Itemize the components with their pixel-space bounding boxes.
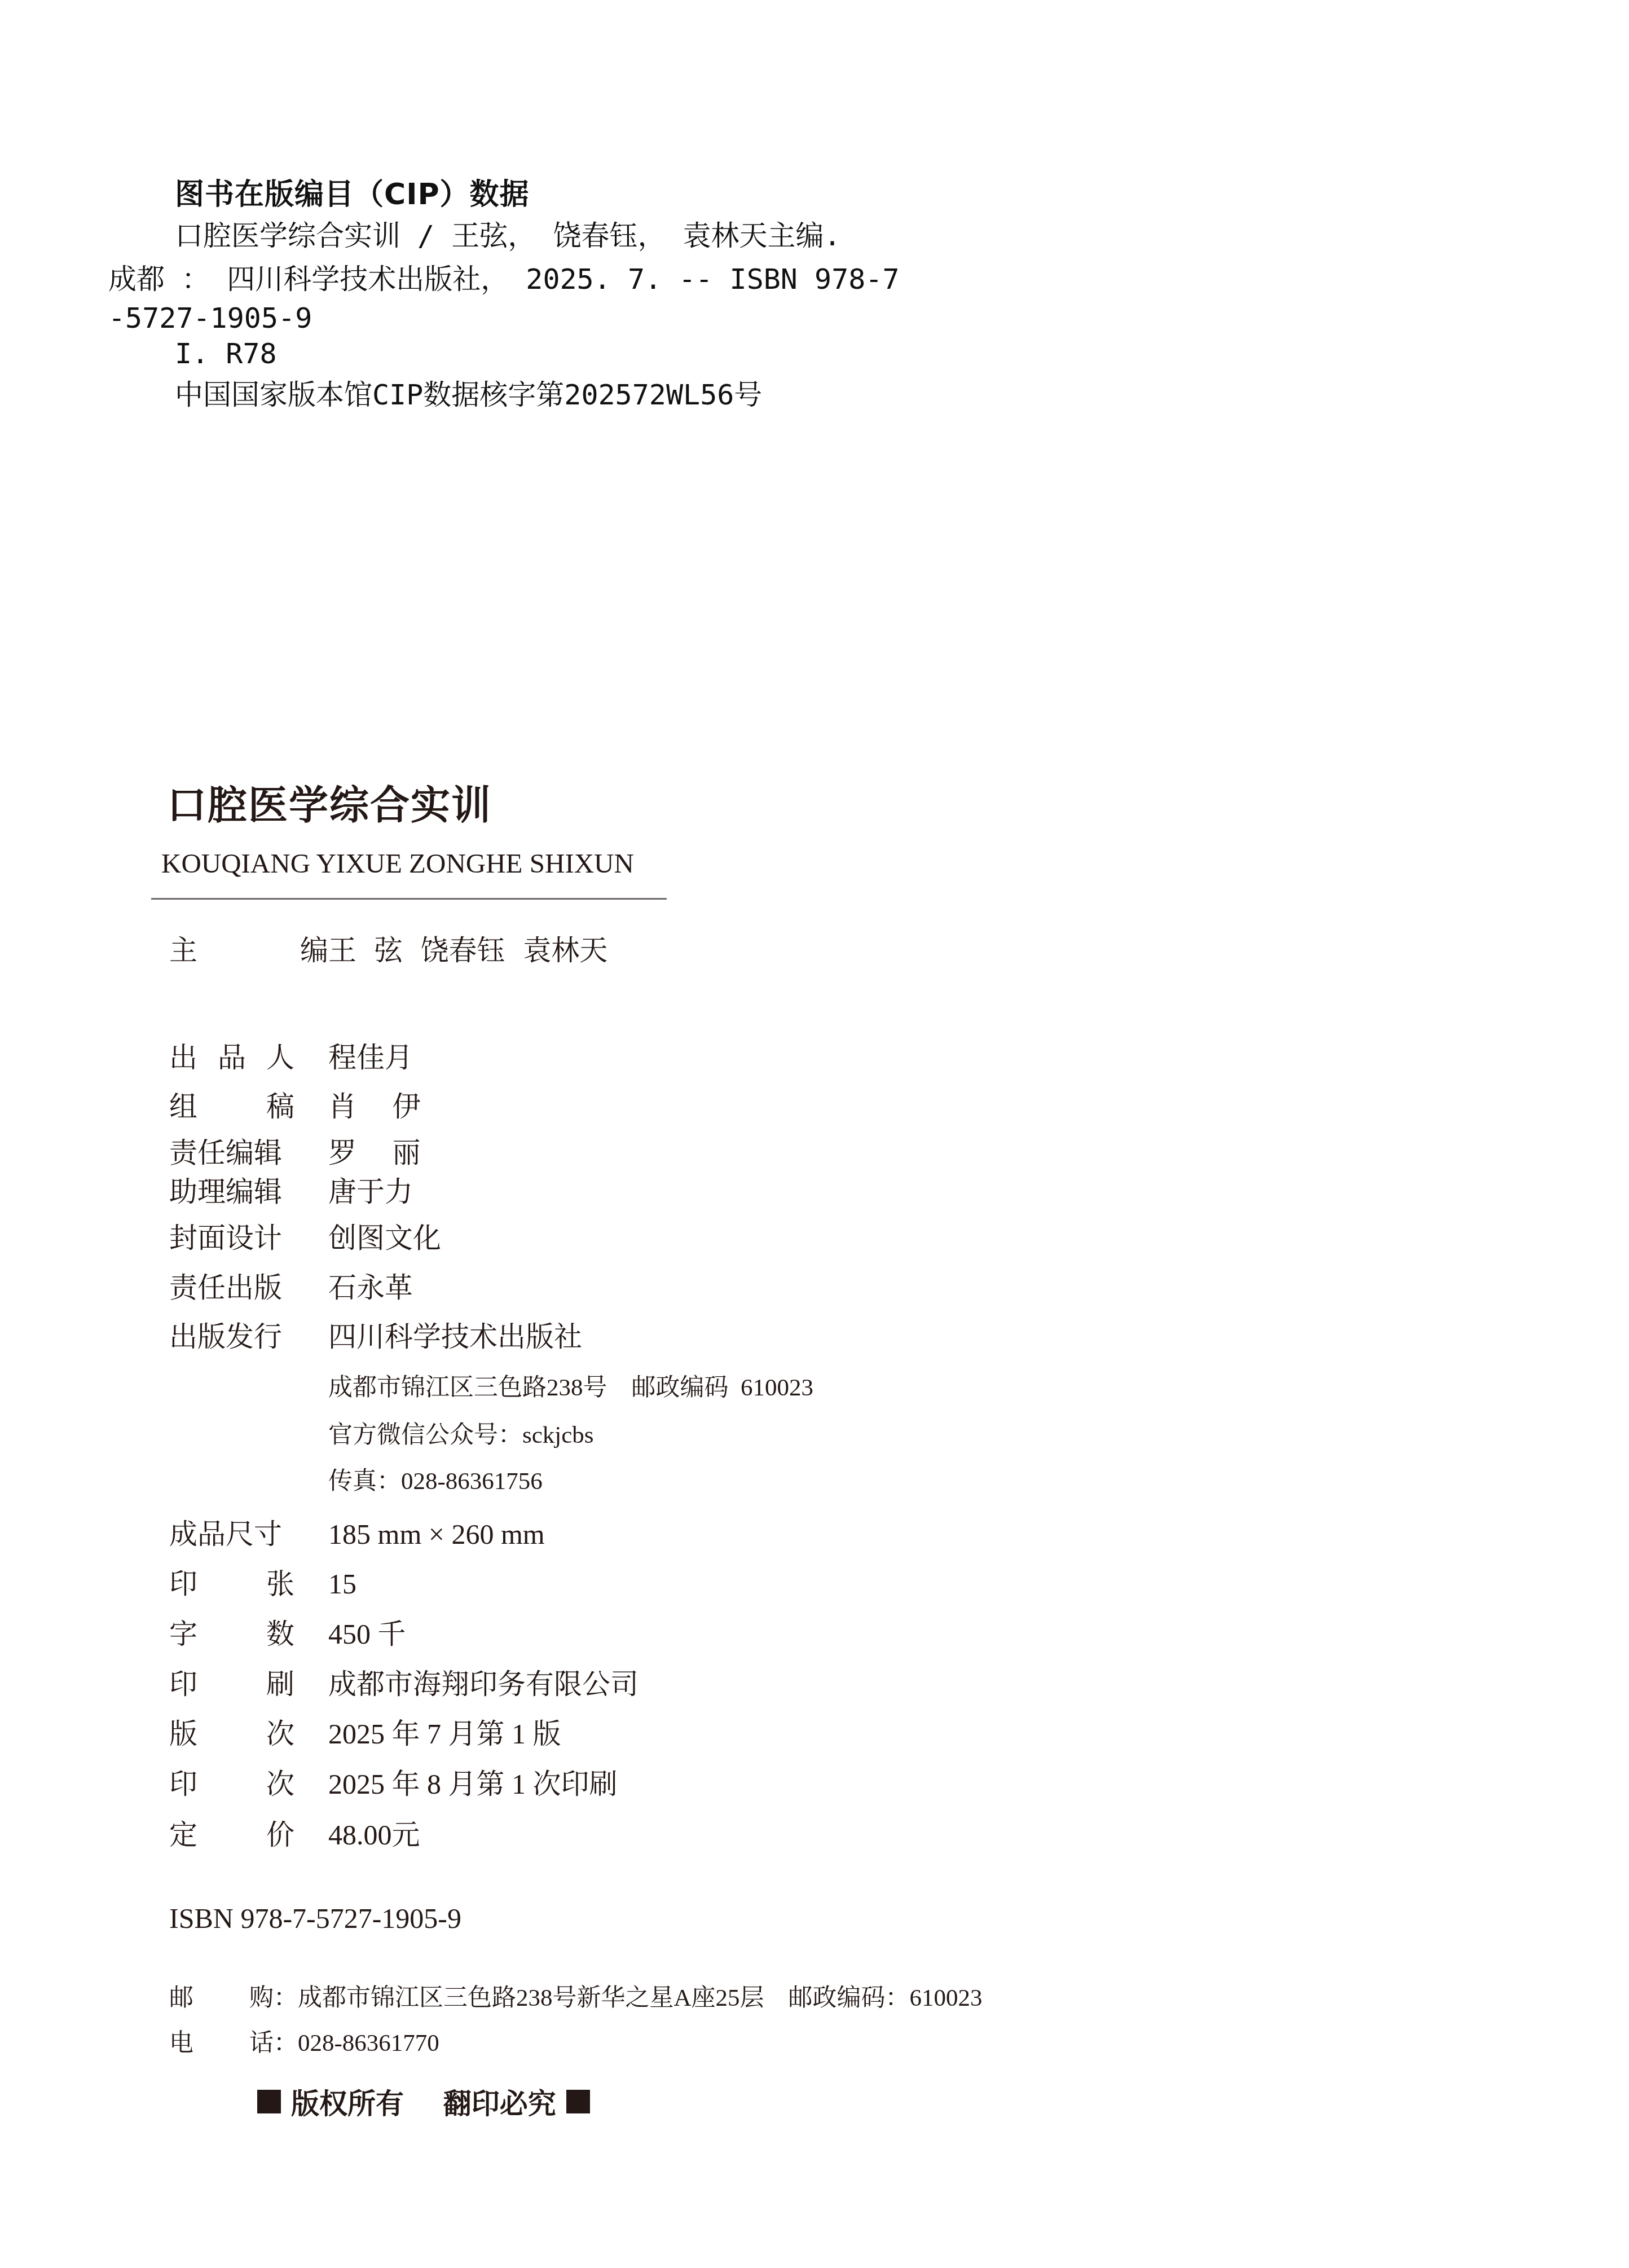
spec-value: 450 千: [328, 1611, 406, 1652]
mail-order-row: 邮 购 ：成都市锦江区三色路238号新华之星A座25层 邮政编码：610023: [169, 1979, 983, 2013]
credit-value: 罗 丽: [328, 1130, 421, 1171]
credit-value: 程佳月: [328, 1035, 413, 1076]
mail-order-label-1: 邮: [169, 1979, 249, 2013]
spec-label: 定 价: [169, 1812, 294, 1853]
spec-value: 成都市海翔印务有限公司: [328, 1662, 639, 1702]
phone-row: 电 话 ：028-86361770: [169, 2024, 439, 2058]
credit-label: 责任出版: [169, 1265, 328, 1306]
credit-row-assistant-editor: 助理编辑 唐于力: [169, 1169, 413, 1210]
credit-value: 石永革: [328, 1265, 413, 1306]
credit-value: 唐于力: [328, 1169, 413, 1210]
spec-row-price: 定 价 48.00元: [169, 1812, 420, 1853]
chief-editors-row: 主 编 王 弦 饶春钰 袁林天: [169, 928, 607, 968]
spec-value: 185 mm × 260 mm: [328, 1518, 545, 1551]
publisher-address: 成都市锦江区三色路238号 邮政编码 610023: [328, 1368, 813, 1403]
black-square-icon: [257, 2090, 281, 2113]
spec-row-sheets: 印 张 15: [169, 1561, 356, 1602]
rights-notice: 版权所有 翻印必究: [257, 2081, 590, 2122]
spec-label: 成品尺寸: [169, 1512, 328, 1552]
spec-label: 印 刷: [169, 1662, 294, 1702]
spec-row-printer: 印 刷 成都市海翔印务有限公司: [169, 1662, 639, 1702]
cip-heading: 图书在版编目（CIP）数据: [175, 170, 530, 213]
chief-editors-label: 主 编: [169, 928, 328, 968]
credit-label: 责任编辑: [169, 1130, 328, 1171]
phone-label-1: 电: [169, 2024, 249, 2058]
cip-line-isbn-cont: -5727-1905-9: [108, 302, 312, 334]
spec-label: 字 数: [169, 1611, 294, 1652]
credit-row-production: 责任出版 石永革: [169, 1265, 413, 1306]
phone-label-2: 话: [249, 2024, 274, 2058]
mail-order-label-2: 购: [249, 1979, 274, 2013]
credit-value: 创图文化: [328, 1216, 441, 1256]
publisher-fax: 传真：028-86361756: [328, 1462, 543, 1496]
rights-notice-text: 版权所有 翻印必究: [291, 2081, 556, 2122]
spec-row-trim-size: 成品尺寸 185 mm × 260 mm: [169, 1512, 545, 1552]
book-title-chinese: 口腔医学综合实训: [167, 774, 492, 831]
cip-line-classification: I. R78: [175, 337, 277, 370]
credit-value: 四川科学技术出版社: [328, 1314, 582, 1355]
isbn-number: ISBN 978-7-5727-1905-9: [169, 1902, 461, 1935]
book-title-pinyin: KOUQIANG YIXUE ZONGHE SHIXUN: [161, 847, 634, 879]
cip-line-publisher: 成都 ： 四川科学技术出版社， 2025. 7. -- ISBN 978-7: [108, 257, 900, 297]
cip-line-title-authors: 口腔医学综合实训 / 王弦， 饶春钰， 袁林天主编.: [175, 213, 841, 254]
credit-label: 出 品 人: [169, 1035, 294, 1076]
spec-row-printing: 印 次 2025 年 8 月第 1 次印刷: [169, 1761, 618, 1802]
mail-order-value: ：成都市锦江区三色路238号新华之星A座25层 邮政编码：610023: [274, 1979, 983, 2013]
credit-row-acquisition: 组 稿 肖 伊: [169, 1084, 421, 1125]
spec-value: 15: [328, 1567, 356, 1600]
credit-value: 肖 伊: [328, 1084, 421, 1125]
credit-row-editor-in-charge: 责任编辑 罗 丽: [169, 1130, 421, 1171]
credit-row-producer: 出 品 人 程佳月: [169, 1035, 413, 1076]
spec-label: 印 张: [169, 1561, 294, 1602]
spec-value: 2025 年 8 月第 1 次印刷: [328, 1761, 618, 1802]
cip-line-approval-number: 中国国家版本馆CIP数据核字第202572WL56号: [175, 372, 762, 413]
credit-label: 助理编辑: [169, 1169, 328, 1210]
credit-label: 组 稿: [169, 1084, 294, 1125]
credit-label: 封面设计: [169, 1216, 328, 1256]
black-square-icon: [566, 2090, 590, 2113]
spec-row-edition: 版 次 2025 年 7 月第 1 版: [169, 1711, 561, 1752]
spec-label: 印 次: [169, 1761, 294, 1802]
spec-label: 版 次: [169, 1711, 294, 1752]
credit-label: 出版发行: [169, 1314, 328, 1355]
title-divider: [151, 898, 667, 900]
chief-editors-value: 王 弦 饶春钰 袁林天: [328, 928, 607, 968]
credit-row-cover-design: 封面设计 创图文化: [169, 1216, 441, 1256]
phone-value: ：028-86361770: [274, 2024, 439, 2058]
spec-value: 2025 年 7 月第 1 版: [328, 1711, 561, 1752]
credit-row-publisher: 出版发行 四川科学技术出版社: [169, 1314, 582, 1355]
publisher-wechat: 官方微信公众号：sckjcbs: [328, 1416, 594, 1450]
spec-value: 48.00元: [328, 1812, 420, 1853]
spec-row-word-count: 字 数 450 千: [169, 1611, 406, 1652]
